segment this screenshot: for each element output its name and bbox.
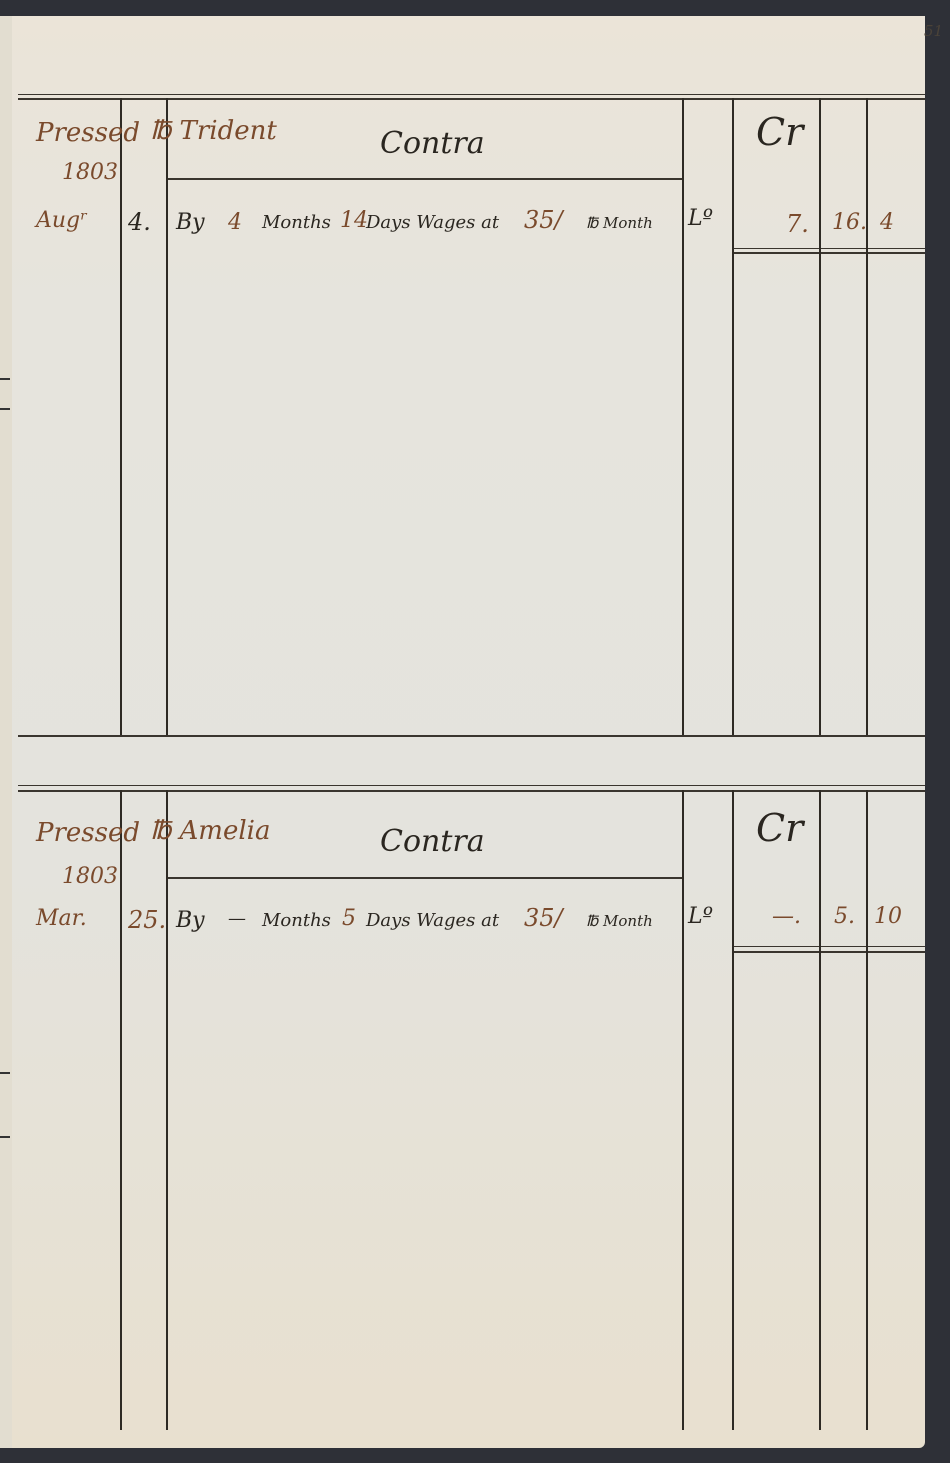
column-rule-day [166,790,168,1430]
desc-days-count: 14 [340,208,368,233]
top-rule [18,94,925,95]
credit-marker: Cr [756,110,803,154]
top-rule [18,785,925,786]
entry-year: 1803 [62,864,118,889]
total-rule [733,951,925,953]
amount-pence: 10 [874,904,902,929]
total-rule [733,248,925,249]
entry-year: 1803 [62,160,118,185]
column-rule-pounds [819,98,821,735]
account-label: Pressed [36,818,140,848]
column-rule-description [682,98,684,735]
desc-months-count: — [228,908,246,929]
ship-reference: ℔ Trident [150,116,277,146]
amount-shillings: 16. [832,210,867,235]
amount-pounds: —. [772,904,801,929]
desc-months-label: Months [262,910,331,931]
desc-days-wages-label: Days Wages at [366,212,499,233]
column-rule-folio [732,98,734,735]
credit-marker: Cr [756,806,803,850]
contra-heading: Contra [380,824,485,859]
left-page-mark [0,1136,10,1138]
column-rule-folio [732,790,734,1430]
column-rule-shillings [866,98,868,735]
desc-by: By [176,210,205,235]
desc-per-month: ℔ Month [586,912,653,930]
folio-number: 51 [924,22,943,40]
desc-currency: Lº [688,904,713,929]
account-label: Pressed [36,118,140,148]
column-rule-date [120,790,122,1430]
desc-rate: 35/ [524,904,563,932]
left-page-mark [0,1072,10,1074]
entry-day: 4. [128,208,151,236]
amount-pence: 4 [880,210,894,235]
desc-currency: Lº [688,206,713,231]
top-rule [18,98,925,100]
desc-months-label: Months [262,212,331,233]
bottom-rule [18,735,925,737]
column-rule-description [682,790,684,1430]
entry-month: Augʳ [36,208,88,233]
total-rule [733,946,925,947]
desc-months-count: 4 [228,210,242,235]
column-rule-date [120,98,122,735]
header-rule [167,877,683,879]
column-rule-pounds [819,790,821,1430]
header-rule [167,178,683,180]
total-rule [733,252,925,254]
contra-heading: Contra [380,126,485,161]
ship-reference: ℔ Amelia [150,816,270,846]
left-page-mark [0,408,10,410]
left-page-mark [0,378,10,380]
amount-shillings: 5. [834,904,855,929]
top-rule [18,790,925,792]
desc-per-month: ℔ Month [586,214,653,232]
amount-pounds: 7. [786,210,809,238]
entry-month: Mar. [36,906,87,931]
desc-by: By [176,908,205,933]
entry-day: 25. [128,906,166,934]
desc-rate: 35/ [524,206,563,234]
desc-days-count: 5 [342,906,356,931]
desc-days-wages-label: Days Wages at [366,910,499,931]
column-rule-day [166,98,168,735]
column-rule-shillings [866,790,868,1430]
